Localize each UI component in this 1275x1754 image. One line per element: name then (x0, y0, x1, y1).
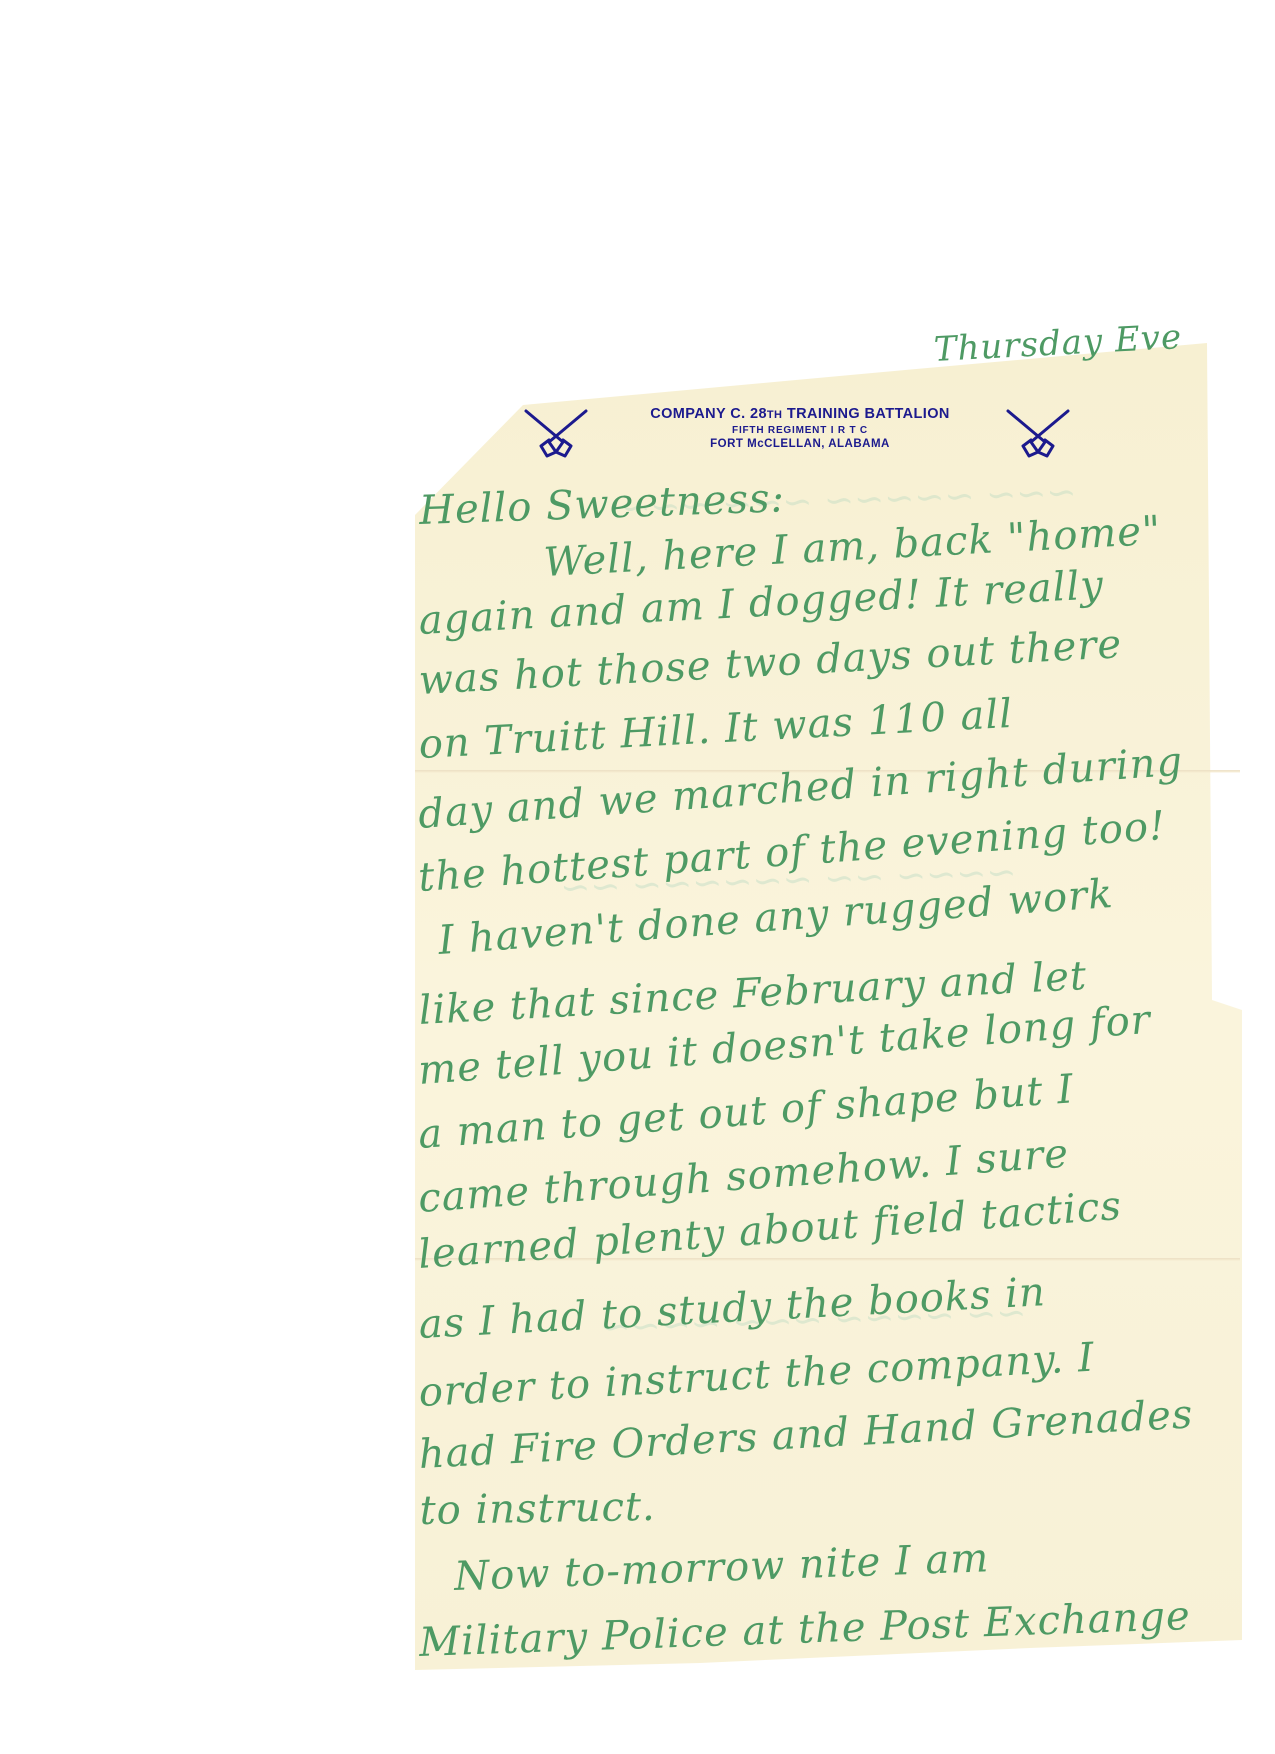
letterhead-location: FORT McCLELLAN, ALABAMA (600, 437, 1000, 452)
crossed-rifles-icon (523, 408, 589, 458)
letter-line: to instruct. (419, 1484, 656, 1534)
letterhead: COMPANY C. 28TH TRAINING BATTALION FIFTH… (600, 406, 1000, 452)
letter-page: ~~~ ~~~~~ ~~~ ~~~ ~~~~ ~~ ~~~~~~ ~~ ~~ ~… (0, 0, 1275, 1754)
letterhead-company: COMPANY C. 28TH TRAINING BATTALION (600, 406, 1000, 424)
crossed-rifles-icon (1005, 408, 1071, 458)
letterhead-regiment: FIFTH REGIMENT I R T C (600, 424, 1000, 437)
